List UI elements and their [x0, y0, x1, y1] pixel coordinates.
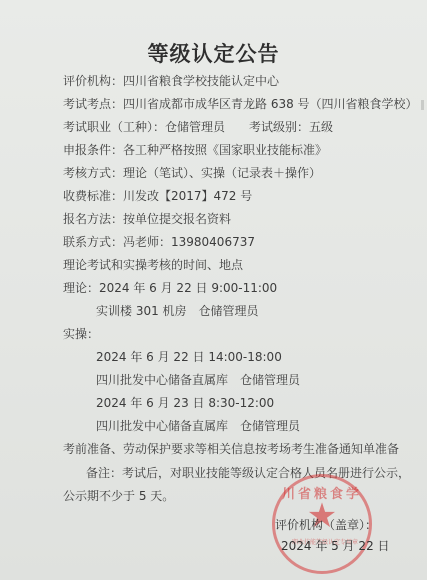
- contact-info: 联系方式：冯老师：13980406737: [63, 235, 255, 249]
- theory-location: 实训楼 301 机房 仓储管理员: [96, 304, 259, 318]
- practical-location-2: 四川批发中心储备直属库 仓储管理员: [96, 419, 300, 433]
- fee-standard: 收费标准：川发改【2017】472 号: [63, 189, 252, 203]
- page-edge-mark: [421, 100, 424, 110]
- practical-time-1: 2024 年 6 月 22 日 14:00-18:00: [96, 350, 282, 364]
- practical-heading: 实操：: [63, 327, 99, 341]
- remark-line: 备注：考试后，对职业技能等级认定合格人员名册进行公示，: [86, 466, 410, 480]
- practical-time-2: 2024 年 6 月 23 日 8:30-12:00: [96, 396, 274, 410]
- assessment-method: 考核方式：理论（笔试）、实操（记录表＋操作）: [63, 166, 321, 180]
- schedule-heading: 理论考试和实操考核的时间、地点: [63, 258, 243, 272]
- signature-date: 2024 年 5 月 22 日: [281, 537, 390, 554]
- practical-location-1: 四川批发中心储备直属库 仓储管理员: [96, 373, 300, 387]
- document-title: 等级认定公告: [0, 38, 427, 68]
- evaluation-agency: 评价机构：四川省粮食学校技能认定中心: [63, 74, 279, 88]
- exam-location: 考试考点：四川省成都市成华区青龙路 638 号（四川省粮食学校）: [63, 97, 418, 111]
- exam-preparation-note: 考前准备、劳动保护要求等相关信息按考场考生准备通知单准备: [63, 442, 399, 456]
- publicity-period: 公示期不少于 5 天。: [63, 489, 174, 503]
- exam-occupation-level: 考试职业（工种）：仓储管理员 考试级别：五级: [63, 120, 333, 134]
- theory-time: 理论：2024 年 6 月 22 日 9:00-11:00: [63, 281, 277, 295]
- signature-org-label: 评价机构（盖章）：: [275, 516, 377, 533]
- registration-method: 报名方法：按单位提交报名资料: [63, 212, 231, 226]
- notice-page: 等级认定公告 评价机构：四川省粮食学校技能认定中心 考试考点：四川省成都市成华区…: [0, 0, 427, 580]
- application-requirements: 申报条件：各工种严格按照《国家职业技能标准》: [63, 143, 327, 157]
